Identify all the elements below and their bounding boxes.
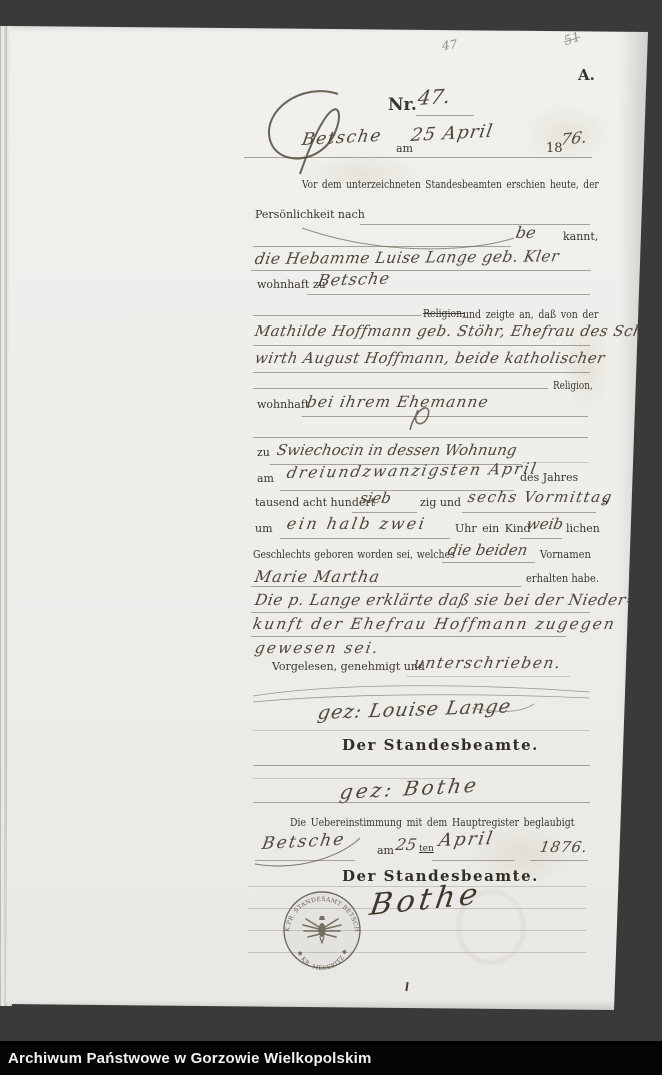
archive-name: Archiwum Państwowe w Gorzowie Wielkopols… [8,1050,372,1067]
form-cert-am: am [377,844,394,857]
ruled-line [416,115,474,116]
form-vorgelesen: Vorgelesen, genehmigt und [272,660,425,673]
hand-remark2: kunft der Ehefrau Hoffmann zugegen [251,615,617,633]
ruled-line [302,416,588,417]
ruled-line [253,345,590,346]
ruled-line [253,372,590,373]
ruled-line [253,388,548,389]
hand-birthplace: Swiechocin in dessen Wohnung [275,441,518,459]
form-religion1: Religion, [423,307,465,320]
ruled-line [462,512,596,513]
ruled-line [442,562,535,563]
hand-mother-line1: Mathilde Hoffmann geb. Stöhr, Ehefrau de… [253,322,662,340]
ink-dot [405,982,408,991]
hand-sechs-vormittag: sechs Vormittag [466,488,614,506]
ruled-line [253,802,590,803]
scanned-register-page: 47 51 A. Nr. 47. Betsche am 25 April 18 … [2,24,648,1010]
ruled-line [360,224,590,225]
archive-footer-bar: Archiwum Państwowe w Gorzowie Wielkopols… [0,1041,662,1075]
form-religion2: Religion, [553,379,593,392]
ruled-line [432,860,514,861]
page-curvature-shadow [618,24,648,1010]
ruled-line [253,437,588,438]
form-corner-letter: A. [578,66,595,84]
hand-residence: Betsche [316,269,391,290]
hand-mother-line2: wirth August Hoffmann, beide katholische… [253,349,606,367]
hand-date: 25 April [409,121,494,146]
form-s-suffix: s [602,494,608,507]
form-cert-ten: ten [419,844,434,854]
form-nr-label: Nr. [388,95,417,115]
hand-child-names: Marie Martha [253,567,381,586]
form-notice: und zeigte an, daß von der [463,308,598,321]
form-des-jahres: des Jahres [520,471,578,484]
hand-signature-declarant: gez: Louise Lange [316,695,513,724]
ruled-line [352,512,417,513]
hand-die-beiden: die beiden [446,541,529,559]
form-kannt: kannt, [563,230,598,243]
ruled-line [280,538,450,539]
form-vornamen: Vornamen [540,548,591,561]
hand-cert-month: April [437,828,496,851]
archive-scan-viewer: 47 51 A. Nr. 47. Betsche am 25 April 18 … [0,0,662,1075]
form-intro-line1: Vor dem unterzeichneten Standesbeamten e… [302,178,599,191]
form-certification: Die Uebereinstimmung mit dem Hauptregist… [290,816,574,829]
ruled-line [244,157,592,158]
ghost-stamp-impression [457,890,525,964]
page-bottom-shadow [2,1000,648,1010]
hand-sieb: sieb [358,489,392,507]
ruled-line [251,270,591,271]
form-am2: am [257,472,274,485]
ruled-line [253,315,421,316]
form-zig-und: zig und [420,496,461,509]
hand-declarant: die Hebamme Luise Lange geb. Kler [253,247,560,268]
form-lichen: lichen [566,522,600,535]
hand-be: be [514,223,537,242]
hand-sex: weib [525,515,564,533]
official-stamp: K.PR. STANDESAMT BETSCHE LAND ✱ KR. MESE… [280,888,364,972]
ruled-line [253,246,511,247]
hand-place: Betsche [300,126,383,150]
hand-birthdate: dreiundzwanzigsten April [285,460,539,482]
form-uhr-ein-kind: Uhr ein Kind [455,522,531,535]
hand-unterschrieben: unterschrieben. [412,654,563,672]
form-intro-line2: Persönlichkeit nach [255,208,365,221]
hand-cert-place: Betsche [260,830,347,854]
ruled-line [307,294,590,295]
form-wohnhaft: wohnhaft [257,398,309,411]
hand-residence2: bei ihrem Ehemanne [305,393,490,411]
hand-cert-day: 25 [394,835,418,854]
ruled-line [255,860,355,861]
ruled-line [253,765,590,766]
page-top-shadow [2,24,648,33]
hand-remark3: gewesen sei. [253,639,381,657]
registrar-heading1: Der Standesbeamte. [342,736,539,754]
hand-record-number: 47. [416,84,452,110]
ruled-line [251,612,590,613]
ruled-line [251,636,566,637]
ruled-line [253,730,590,731]
ruled-line [407,676,570,677]
pencil-page-number: 47 [441,37,458,53]
hand-time: ein halb zwei [285,514,428,533]
form-geschlechts: Geschlechts geboren worden sei, welches [253,548,455,561]
hand-remark1: Die p. Lange erklärte daß sie bei der Ni… [253,591,640,609]
form-tausend: tausend acht hundert [255,496,375,509]
hand-year: 76. [560,127,589,149]
form-erhalten-habe: erhalten habe. [526,572,599,585]
hand-cert-year: 1876. [538,838,589,856]
ruled-line [530,860,588,861]
ruled-line [520,538,562,539]
ruled-line [251,586,521,587]
form-um: um [255,522,273,535]
form-zu: zu [257,446,270,459]
